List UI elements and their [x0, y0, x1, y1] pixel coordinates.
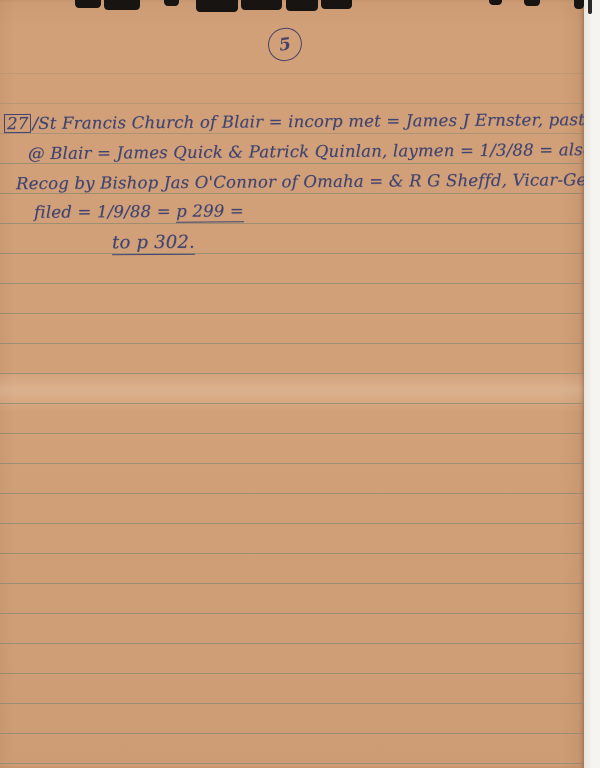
page-number-circle: 5	[266, 26, 304, 63]
note-line-4: filed = 1/9/88 = p 299 =	[34, 201, 244, 221]
scan-artifact	[489, 0, 502, 5]
scan-artifact	[588, 0, 592, 14]
scan-artifact	[196, 0, 238, 12]
entry-number: 27	[4, 114, 32, 134]
scan-artifact	[574, 0, 584, 9]
scan-artifact	[321, 0, 352, 9]
scan-artifact	[104, 0, 140, 10]
note-line-1-text: /St Francis Church of Blair = incorp met…	[32, 110, 600, 133]
note-line-5-page-ref: to p 302.	[112, 232, 195, 256]
note-line-5: to p 302.	[112, 232, 195, 254]
note-line-4-prefix: filed = 1/9/88 =	[34, 202, 176, 222]
scan-artifact	[164, 0, 179, 6]
page-number: 5	[278, 34, 293, 55]
scan-artifact	[524, 0, 540, 6]
scanned-notebook-page: 5 27/St Francis Church of Blair = incorp…	[0, 0, 600, 768]
note-line-2: @ Blair = James Quick & Patrick Quinlan,…	[28, 140, 593, 163]
scan-artifact	[75, 0, 101, 8]
note-line-4-page-ref: p 299 =	[176, 201, 244, 222]
paper-sheet: 5 27/St Francis Church of Blair = incorp…	[0, 0, 584, 768]
scanner-background	[584, 0, 600, 768]
scan-artifact	[286, 0, 318, 11]
scan-artifact	[241, 0, 282, 10]
note-line-3: Recog by Bishop Jas O'Connor of Omaha = …	[16, 170, 600, 193]
